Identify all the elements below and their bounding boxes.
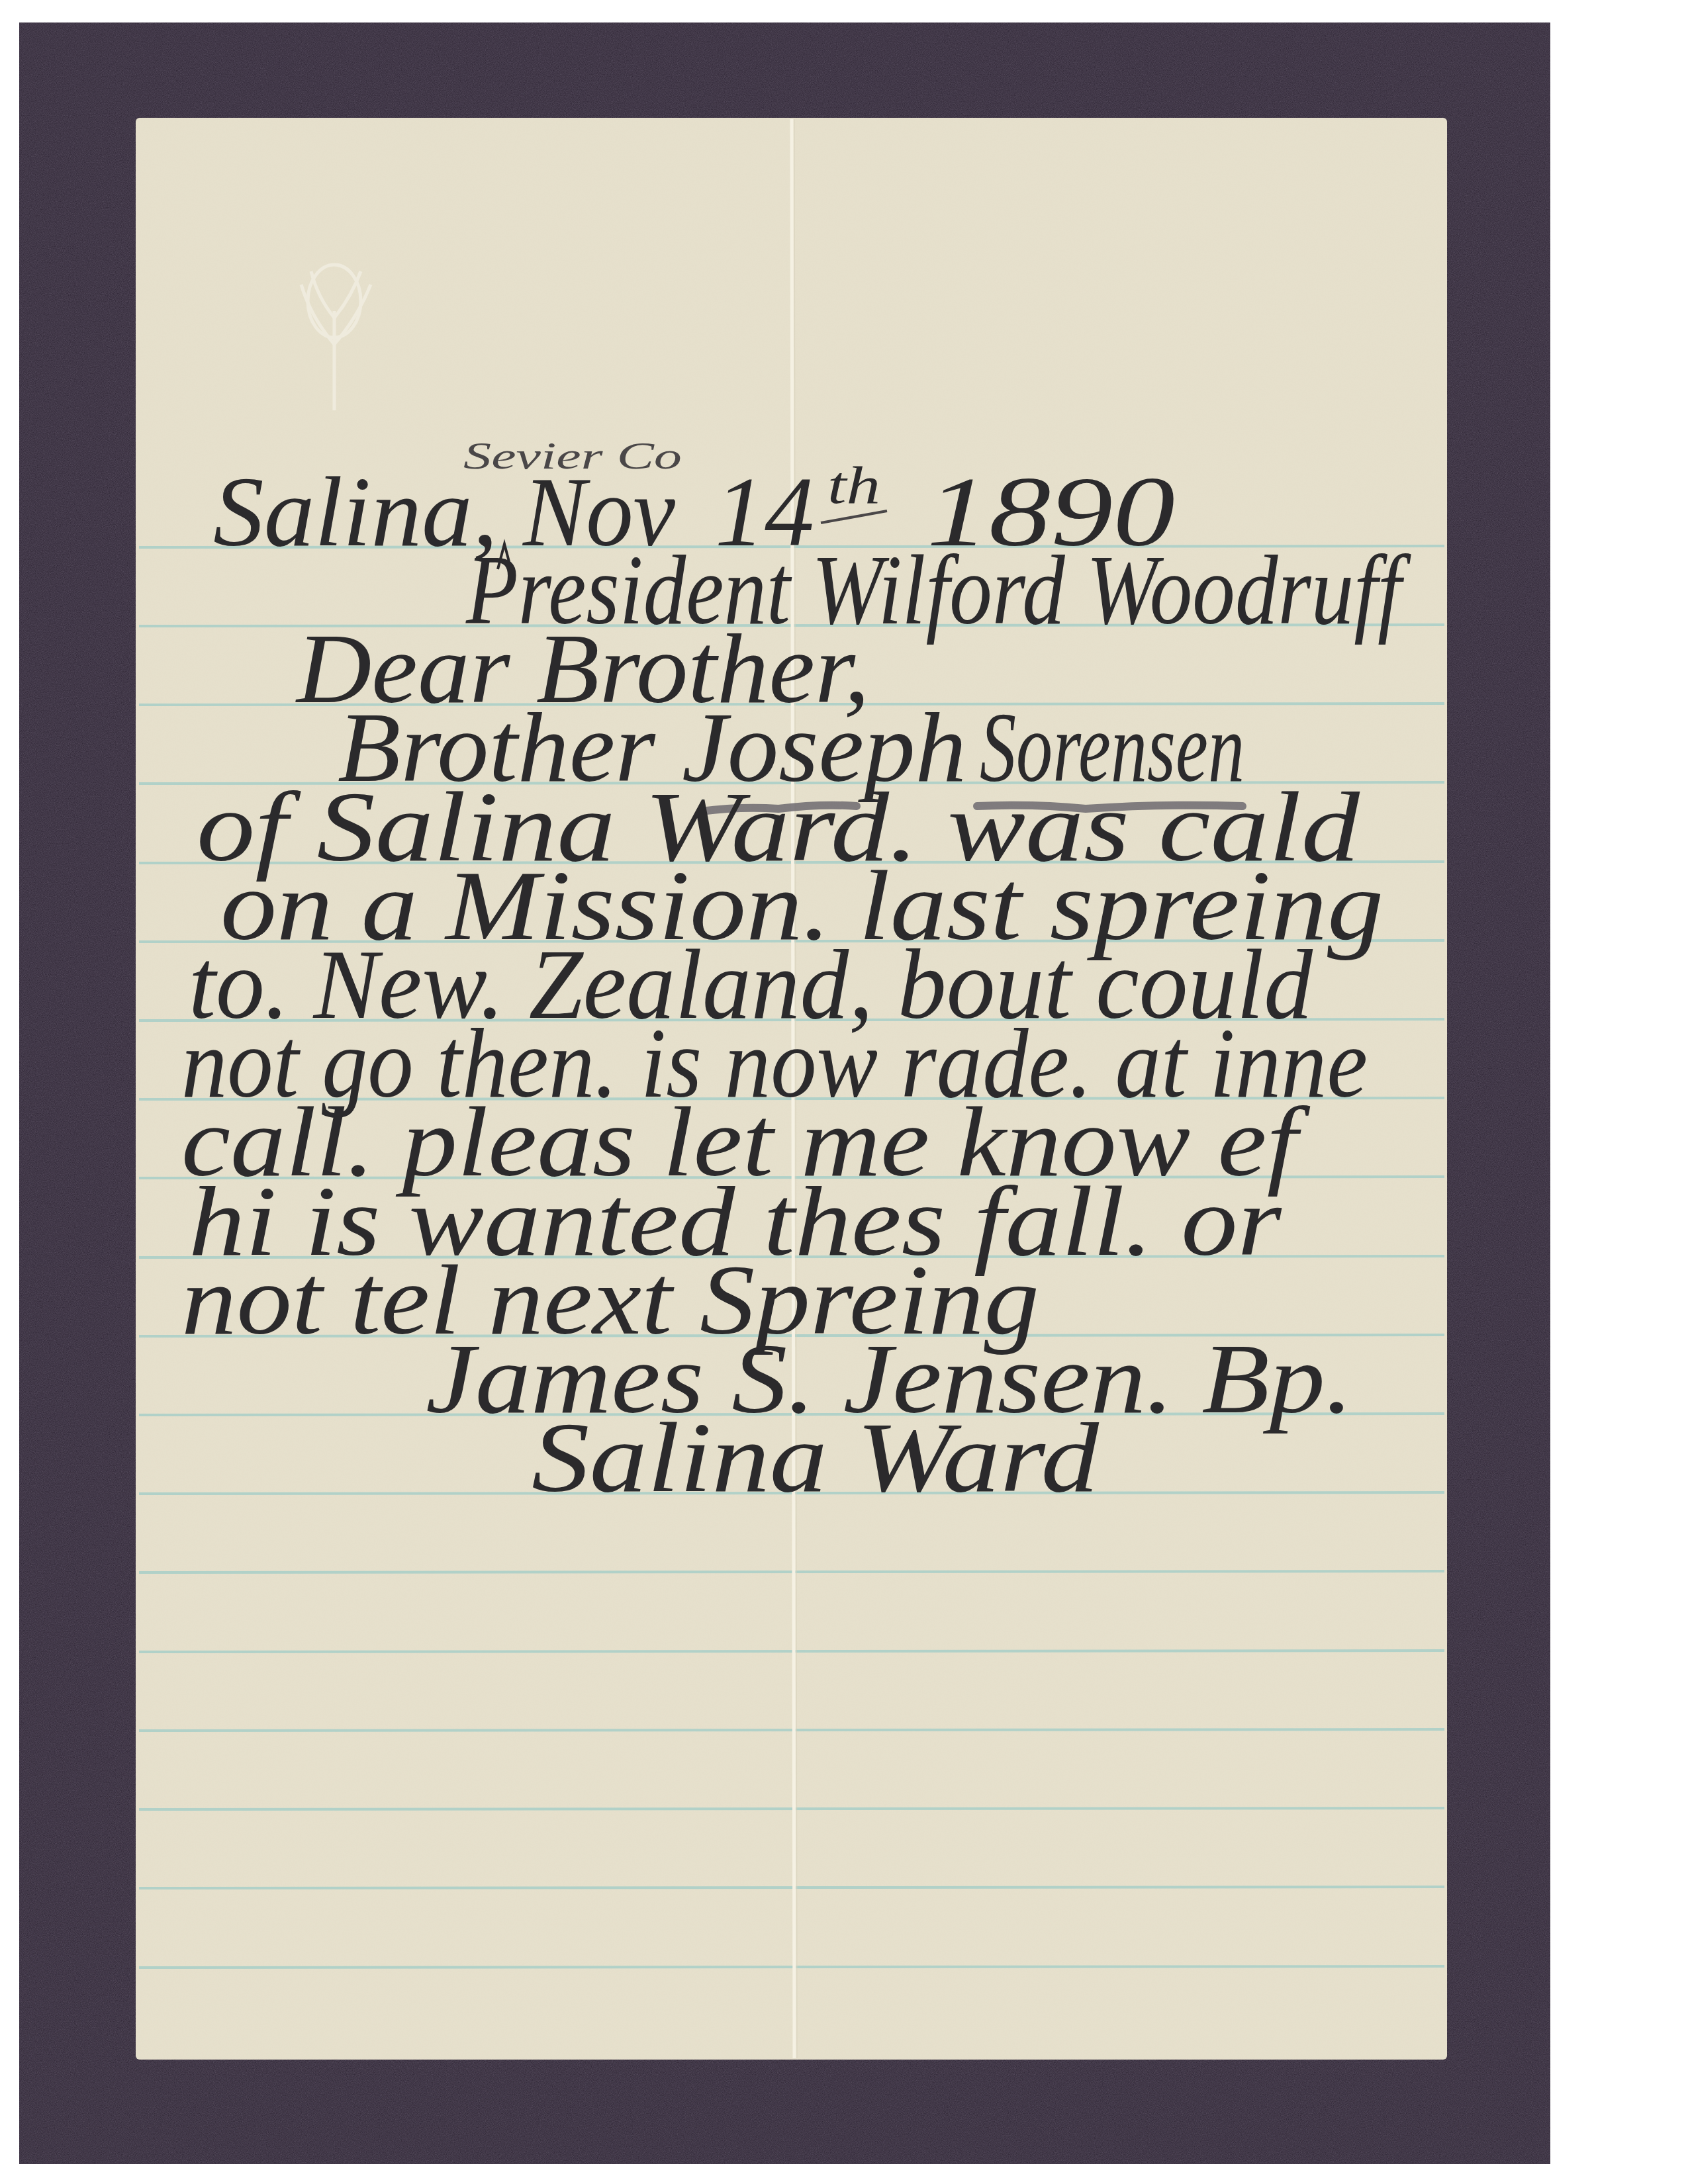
dateline-day-suffix: th [827,457,880,515]
signature-ward: Salina Ward [532,1403,1100,1513]
letter-scan: Sevier Co Salina, Nov 14 th 1890 Preside… [0,0,1688,2184]
dateline-place: Salina, [213,457,498,567]
